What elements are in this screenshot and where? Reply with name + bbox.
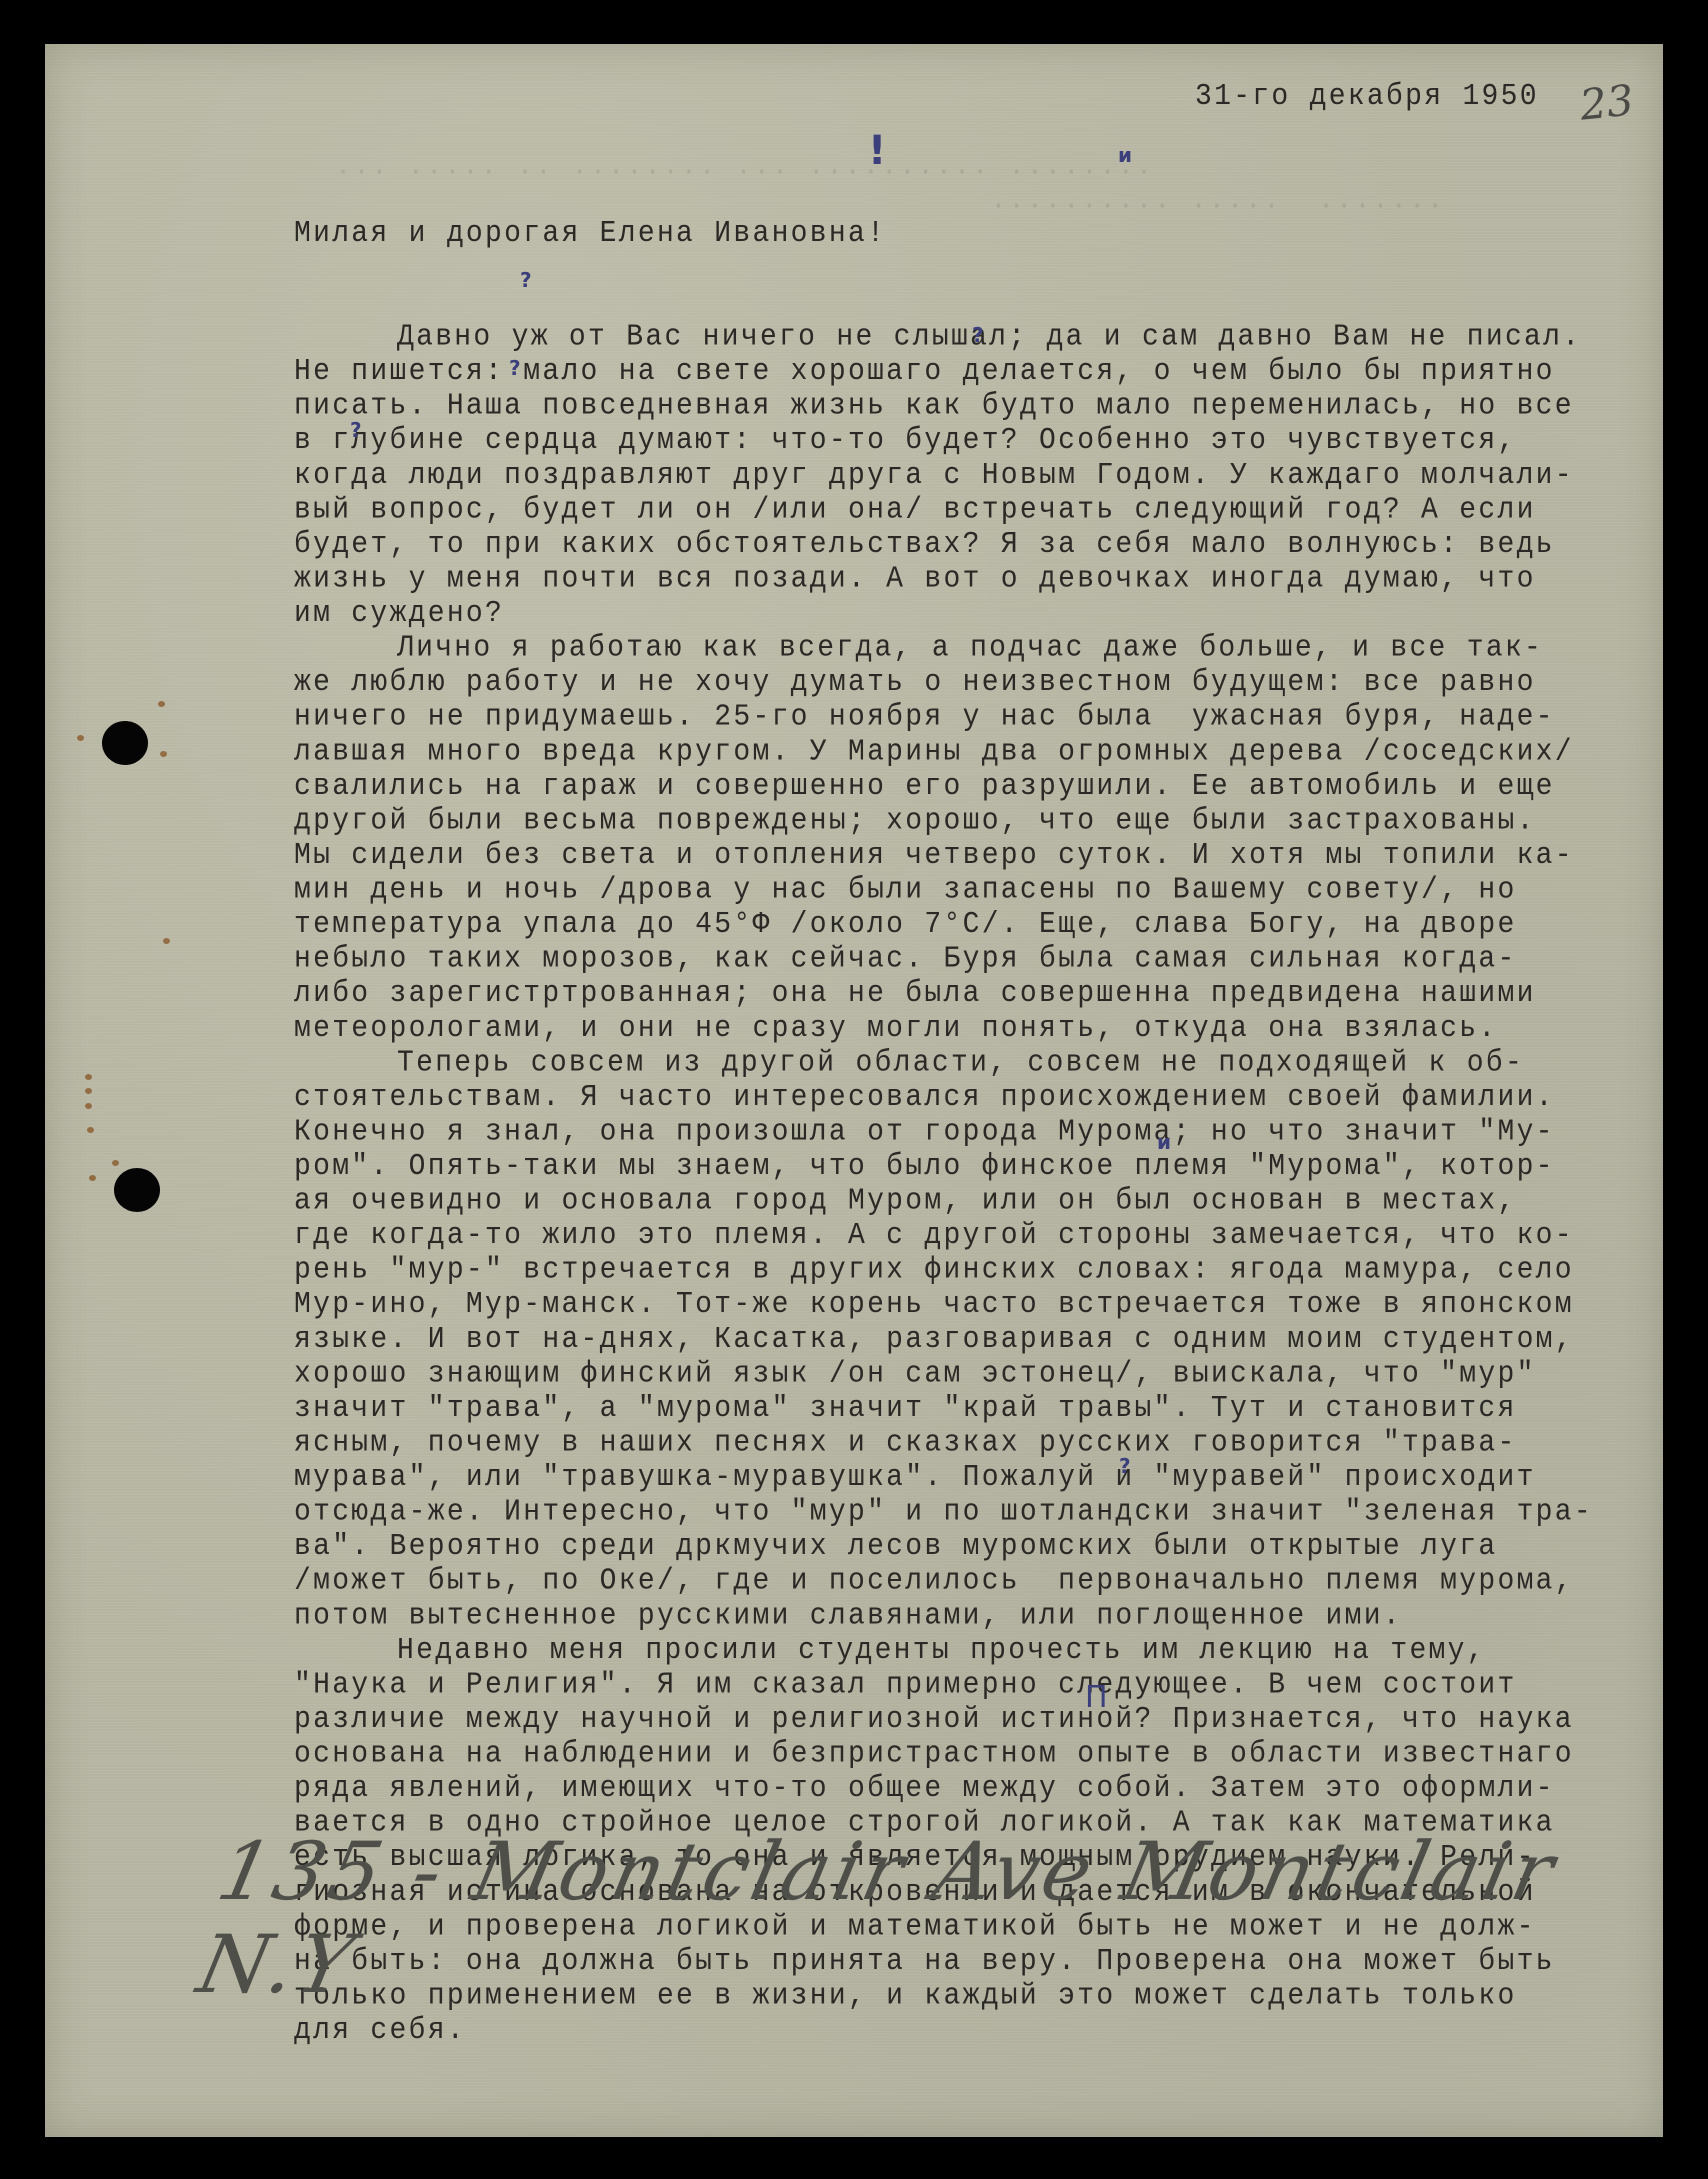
body-line: мин день и ночь /дрова у нас были запасе…	[294, 874, 1593, 909]
ink-correction-p: П	[1085, 1680, 1108, 1715]
body-line: другой были весьма повреждены; хорошо, ч…	[294, 805, 1593, 840]
body-line: жизнь у меня почти вся позади. А вот о д…	[294, 563, 1593, 598]
rust-stain	[85, 1074, 92, 1080]
body-line: когда люди поздравляют друг друга с Новы…	[294, 459, 1593, 494]
rust-stain	[77, 735, 84, 741]
salutation: Милая и дорогая Елена Ивановна!	[294, 217, 1593, 252]
body-line: языке. И вот на-днях, Касатка, разговари…	[294, 1323, 1593, 1358]
ink-question-mark: ?	[520, 268, 532, 292]
body-line: основана на наблюдении и безпристрастном…	[294, 1738, 1593, 1773]
punch-hole-top	[102, 721, 148, 765]
body-line: ая очевидно и основала город Муром, или …	[294, 1185, 1593, 1220]
body-line: "Наука и Религия". Я им сказал примерно …	[294, 1669, 1593, 1704]
rust-stain	[163, 938, 170, 944]
handwritten-address: 135 - Montclair Ave Montclair N.Y	[190, 1825, 1708, 2011]
body-line: где когда-то жило это племя. А с другой …	[294, 1219, 1593, 1254]
body-line: небыло таких морозов, как сейчас. Буря б…	[294, 943, 1593, 978]
body-line: же люблю работу и не хочу думать о неизв…	[294, 666, 1593, 701]
body-line: мурава", или "травушка-муравушка". Пожал…	[294, 1461, 1593, 1496]
body-line: значит "трава", а "мурома" значит "край …	[294, 1392, 1593, 1427]
body-line: свалились на гараж и совершенно его разр…	[294, 770, 1593, 805]
rust-stain	[85, 1103, 92, 1109]
body-line: будет, то при каких обстоятельствах? Я з…	[294, 528, 1593, 563]
body-line: Теперь совсем из другой области, совсем …	[294, 1047, 1593, 1082]
body-line: писать. Наша повседневная жизнь как будт…	[294, 390, 1593, 425]
rust-stain	[85, 1088, 92, 1094]
ink-question-mark: ?	[350, 418, 362, 442]
page-number-handwritten: 23	[1578, 75, 1636, 129]
body-line: Не пишется: мало на свете хорошаго делае…	[294, 355, 1593, 390]
body-line: различие между научной и религиозной ист…	[294, 1703, 1593, 1738]
rust-stain	[112, 1160, 119, 1166]
punch-hole-bottom	[114, 1168, 160, 1212]
ink-correction-i: и	[1157, 1130, 1171, 1154]
rust-stain	[87, 1127, 94, 1133]
body-line: либо зарегистртрованная; она не была сов…	[294, 977, 1593, 1012]
body-line: Лично я работаю как всегда, а подчас даж…	[294, 632, 1593, 667]
ink-correction-i: и	[1118, 143, 1132, 167]
body-line: лавшая много вреда кругом. У Марины два …	[294, 736, 1593, 771]
ink-question-mark: ?	[509, 356, 521, 380]
rust-stain	[160, 751, 167, 757]
letter-body: Милая и дорогая Елена Ивановна! Давно уж…	[294, 148, 1593, 2083]
body-line: Недавно меня просили студенты прочесть и…	[294, 1634, 1593, 1669]
body-line: хорошо знающим финский язык /он сам эсто…	[294, 1358, 1593, 1393]
body-line: метеорологами, и они не сразу могли поня…	[294, 1012, 1593, 1047]
body-line: ясным, почему в наших песнях и сказках р…	[294, 1427, 1593, 1462]
ink-question-mark: ?	[972, 323, 984, 347]
body-line: Давно уж от Вас ничего не слышал; да и с…	[294, 321, 1593, 356]
body-line: Мур-ино, Мур-манск. Тот-же корень часто …	[294, 1288, 1593, 1323]
body-line: им суждено?	[294, 597, 1593, 632]
body-line: ничего не придумаешь. 25-го ноября у нас…	[294, 701, 1593, 736]
body-line: потом вытесненное русскими славянами, ил…	[294, 1600, 1593, 1635]
body-line: Мы сидели без света и отопления четверо …	[294, 839, 1593, 874]
body-line: для себя.	[294, 2014, 1593, 2049]
letter-date: 31-го декабря 1950	[1195, 80, 1539, 115]
ink-exclamation-mark: !	[868, 128, 886, 174]
body-line: ром". Опять-таки мы знаем, что было финс…	[294, 1150, 1593, 1185]
body-line: отсюда-же. Интересно, что "мур" и по шот…	[294, 1496, 1593, 1531]
ink-question-mark: ?	[1119, 1454, 1131, 1478]
body-line: температура упала до 45°Ф /около 7°С/. Е…	[294, 908, 1593, 943]
body-lines: Давно уж от Вас ничего не слышал; да и с…	[294, 321, 1593, 2049]
body-line: рень "мур-" встречается в других финских…	[294, 1254, 1593, 1289]
body-line: /может быть, по Оке/, где и поселилось п…	[294, 1565, 1593, 1600]
body-line: вый вопрос, будет ли он /или она/ встреч…	[294, 494, 1593, 529]
body-line: стоятельствам. Я часто интересовался про…	[294, 1081, 1593, 1116]
rust-stain	[89, 1175, 96, 1181]
body-line: ва". Вероятно среди дркмучих лесов муром…	[294, 1530, 1593, 1565]
body-line: Конечно я знал, она произошла от города …	[294, 1116, 1593, 1151]
body-line: ряда явлений, имеющих что-то общее между…	[294, 1772, 1593, 1807]
rust-stain	[158, 701, 165, 707]
body-line: в глубине сердца думают: что-то будет? О…	[294, 424, 1593, 459]
